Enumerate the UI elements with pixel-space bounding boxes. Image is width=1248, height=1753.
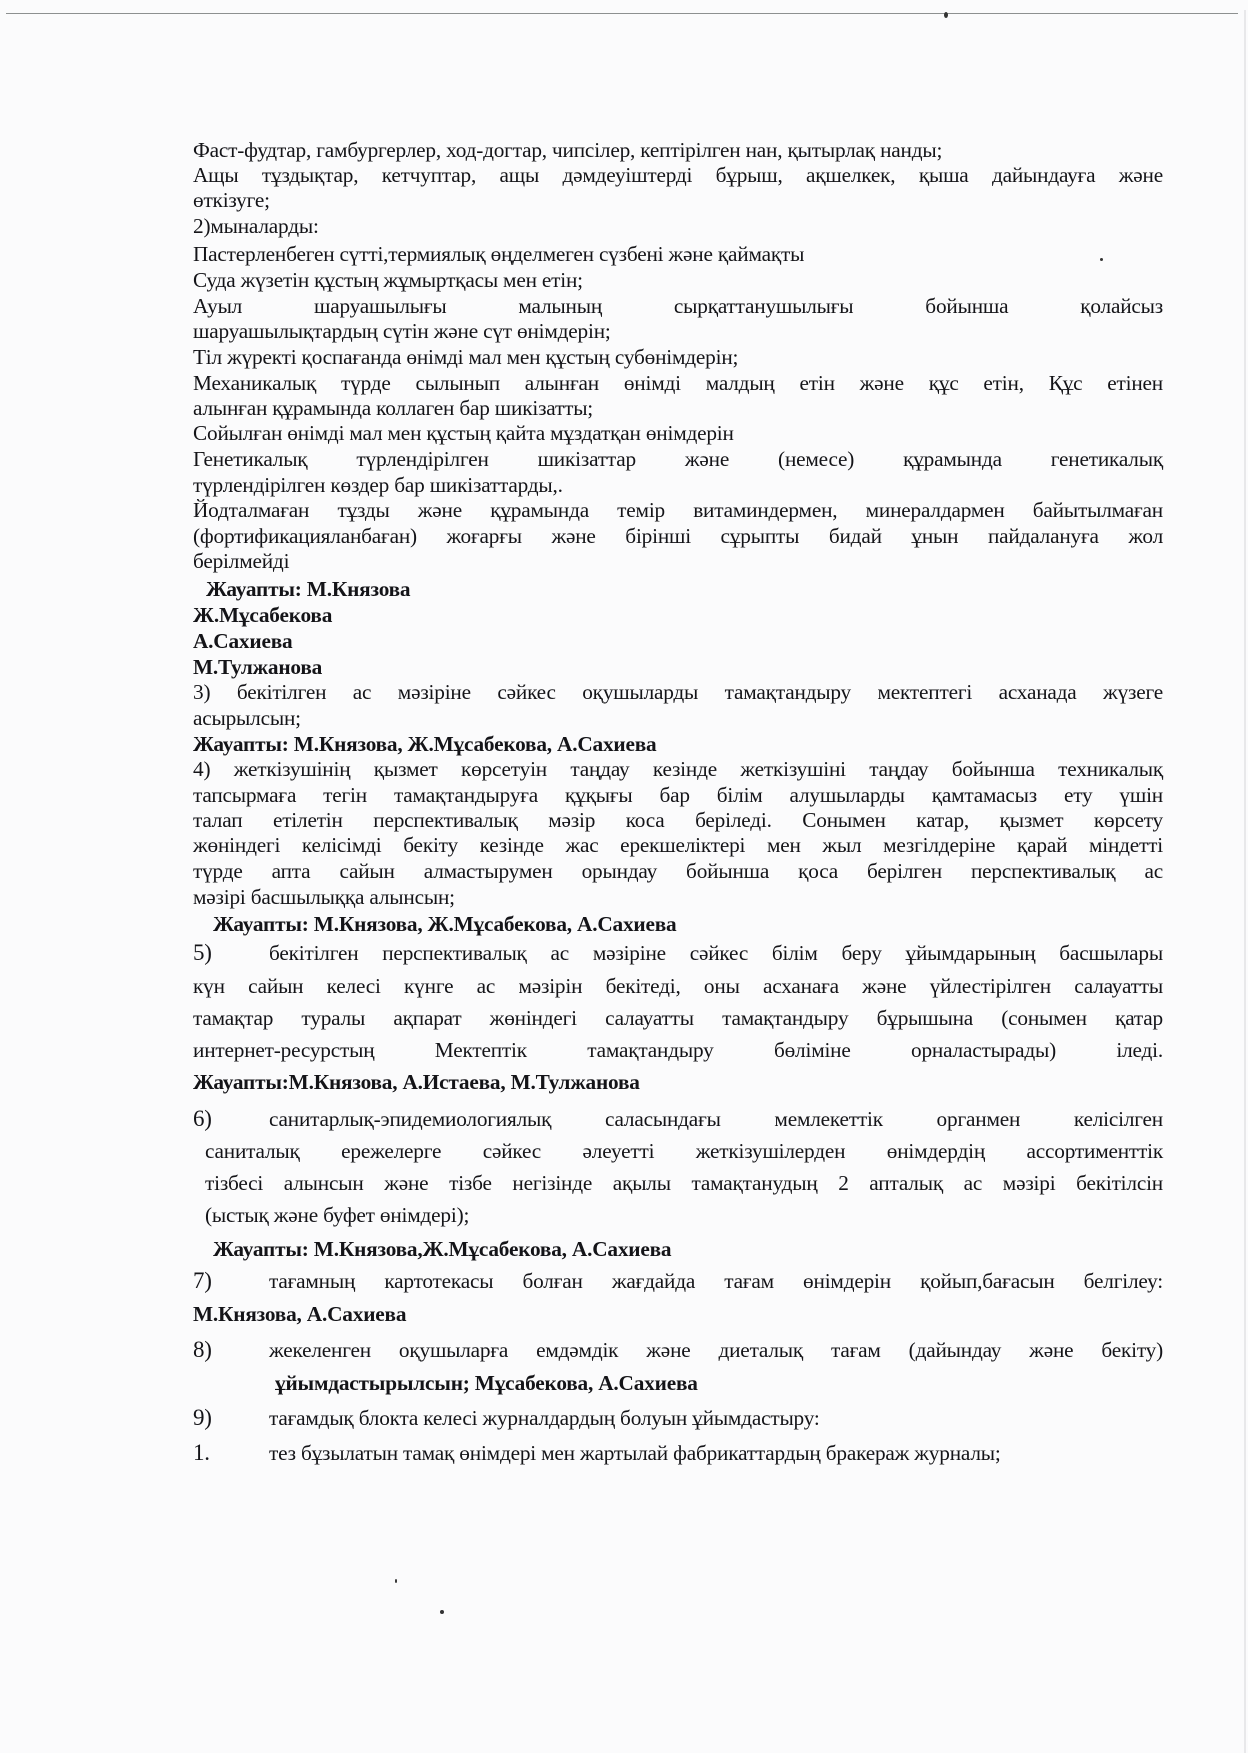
text-line: (фортификацияланбаған) жоғарғы және бірі… [193, 523, 1163, 549]
list-number: 7) [193, 1268, 269, 1294]
text-line: мәзірі басшылыққа алынсын; [193, 884, 1163, 910]
text-line: Суда жүзетін құстың жұмыртқасы мен етін; [193, 267, 1163, 293]
text-line: алынған құрамында коллаген бар шикізатты… [193, 395, 1163, 421]
journal-item-1: 1.тез бұзылатын тамақ өнімдері мен жарты… [193, 1440, 1163, 1466]
list-number: 6) [193, 1106, 269, 1132]
text-line: тізбесі алынсын және тізбе негізінде ақы… [205, 1170, 1163, 1196]
text-line: асырылсын; [193, 705, 1163, 731]
text-line: 4) жеткізушінің қызмет көрсетуін таңдау … [193, 756, 1163, 782]
list-text: бекітілген перспективалық ас мәзіріне сә… [269, 941, 1163, 965]
list-number: 1. [193, 1440, 269, 1466]
text-line: күн сайын келесі күнге ас мәзірін бекіте… [193, 973, 1163, 999]
list-item-7: 7)тағамның картотекасы болған жағдайда т… [193, 1268, 1163, 1294]
scan-top-edge [6, 13, 1238, 14]
text-line: Фаст-фудтар, гамбургерлер, ход-догтар, ч… [193, 137, 1163, 163]
text-line: 3) бекітілген ас мәзіріне сәйкес оқушыла… [193, 679, 1163, 705]
list-item-6: 6)санитарлық-эпидемиологиялық саласындағ… [193, 1106, 1163, 1132]
text-line: өткізуге; [193, 187, 1163, 213]
text-line: шаруашылықтардың сүтін және сүт өнімдері… [193, 318, 1163, 344]
list-number: 9) [193, 1405, 269, 1431]
responsible-line: Жауапты: М.Князова, Ж.Мұсабекова, А.Сахи… [193, 731, 1163, 757]
scan-speck [944, 12, 948, 18]
text-line: берілмейді [193, 548, 1163, 574]
text-line: Йодталмаған тұзды және құрамында темір в… [193, 497, 1163, 523]
list-text: жекеленген оқушыларға емдәмдік және диет… [269, 1338, 1163, 1362]
list-item-9: 9)тағамдық блокта келесі журналдардың бо… [193, 1405, 1163, 1431]
scan-speck [395, 1579, 397, 1583]
responsible-line: Жауапты: М.Князова, Ж.Мұсабекова, А.Сахи… [213, 911, 1183, 937]
text-line: саниталық ережелерге сәйкес әлеуетті жет… [205, 1138, 1163, 1164]
responsible-line: М.Князова, А.Сахиева [193, 1301, 1163, 1327]
text-line: Тіл жүректі қоспағанда өнімді мал мен құ… [193, 344, 1163, 370]
text-line: жөніндегі келісімді бекіту кезінде жас е… [193, 832, 1163, 858]
text-line: талап етілетін перспективалық мәзір коса… [193, 807, 1163, 833]
text-line: тапсырмаға тегін тамақтандыруға құқығы б… [193, 782, 1163, 808]
text-line: (ыстық және буфет өнімдері); [205, 1202, 1175, 1228]
scan-speck [440, 1610, 444, 1614]
text-line: Сойылған өнімді мал мен құстың қайта мұз… [193, 420, 1163, 446]
list-text: тағамның картотекасы болған жағдайда тағ… [269, 1269, 1163, 1293]
responsible-line: Жауапты: М.Князова [206, 576, 1176, 602]
text-line: интернет-ресурстың Мектептік тамақтандыр… [193, 1037, 1163, 1063]
responsible-name: А.Сахиева [193, 628, 1163, 654]
text-line: Механикалық түрде сылынып алынған өнімді… [193, 370, 1163, 396]
list-text: тағамдық блокта келесі журналдардың болу… [269, 1406, 820, 1430]
text-line: түрлендірілген көздер бар шикізаттарды,. [193, 472, 1163, 498]
responsible-name: М.Тулжанова [193, 654, 1163, 680]
responsible-name: Ж.Мұсабекова [193, 602, 1163, 628]
text-line: Ауыл шаруашылығы малының сырқаттанушылығ… [193, 293, 1163, 319]
list-number: 8) [193, 1337, 269, 1363]
text-line: Пастерленбеген сүтті,термиялық өңделмеге… [193, 241, 1163, 267]
list-text: тез бұзылатын тамақ өнімдері мен жартыла… [269, 1441, 1001, 1465]
text-line: Генетикалық түрлендірілген шикізаттар жә… [193, 446, 1163, 472]
responsible-line: Жауапты:М.Князова, А.Истаева, М.Тулжанов… [193, 1069, 1163, 1095]
text-line: Ащы тұздықтар, кетчуптар, ащы дәмдеуіште… [193, 162, 1163, 188]
list-item-5: 5)бекітілген перспективалық ас мәзіріне … [193, 940, 1163, 966]
scan-right-edge [1244, 10, 1246, 1753]
list-text: санитарлық-эпидемиологиялық саласындағы … [269, 1107, 1163, 1131]
text-line: тамақтар туралы ақпарат жөніндегі салауа… [193, 1005, 1163, 1031]
text-line: 2)мыналарды: [193, 213, 1163, 239]
list-number: 5) [193, 940, 269, 966]
text-line: түрде апта сайын алмастырумен орындау бо… [193, 858, 1163, 884]
responsible-line: Жауапты: М.Князова,Ж.Мұсабекова, А.Сахие… [213, 1236, 1183, 1262]
responsible-line: ұйымдастырылсын; Мұсабекова, А.Сахиева [275, 1370, 1163, 1396]
list-item-8: 8)жекеленген оқушыларға емдәмдік және ди… [193, 1337, 1163, 1363]
